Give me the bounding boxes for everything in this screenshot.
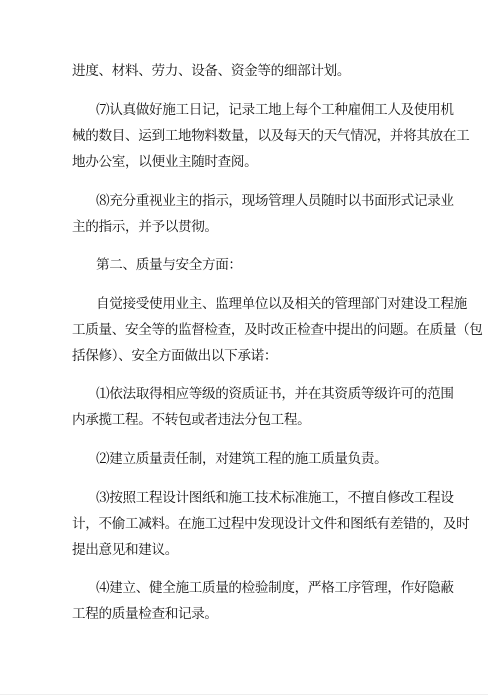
text-line: 地办公室，以便业主随时查阅。	[72, 154, 257, 170]
text-line-item-7: ⑺认真做好施工日记，记录工地上每个工种雇佣工人及使用机	[96, 102, 454, 118]
section-heading: 第二、质量与安全方面：	[96, 257, 242, 273]
text-line: 计，不偷工减料。在施工过程中发现设计文件和图纸有差错的，及时	[72, 516, 469, 532]
text-line-item-2: ⑵建立质量责任制，对建筑工程的施工质量负责。	[96, 451, 387, 467]
text-line: 主的指示，并予以贯彻。	[72, 219, 218, 235]
document-page: 进度、材料、劳力、设备、资金等的细部计划。 ⑺认真做好施工日记，记录工地上每个工…	[0, 0, 488, 694]
text-line: 提出意见和建议。	[72, 542, 178, 558]
text-line-item-8: ⑻充分重视业主的指示，现场管理人员随时以书面形式记录业	[96, 193, 454, 209]
text-line-item-1: ⑴依法取得相应等级的资质证书，并在其资质等级许可的范围	[96, 386, 454, 402]
text-line: 括保修）、安全方面做出以下承诺：	[72, 348, 277, 364]
text-line: 自觉接受使用业主、监理单位以及相关的管理部门对建设工程施	[96, 296, 467, 312]
text-line-item-4: ⑷建立、健全施工质量的检验制度，严格工序管理，作好隐蔽	[96, 580, 454, 596]
text-line: 工程的质量检查和记录。	[72, 606, 218, 622]
text-line-item-3: ⑶按照工程设计图纸和施工技术标准施工，不擅自修改工程设	[96, 490, 454, 506]
text-line: 内承揽工程。不转包或者违法分包工程。	[72, 412, 310, 428]
text-line: 工质量、安全等的监督检查，及时改正检查中提出的问题。在质量（包	[72, 322, 483, 338]
text-line: 进度、材料、劳力、设备、资金等的细部计划。	[72, 63, 350, 79]
text-line: 械的数目、运到工地物料数量，以及每天的天气情况，并将其放在工	[72, 128, 469, 144]
